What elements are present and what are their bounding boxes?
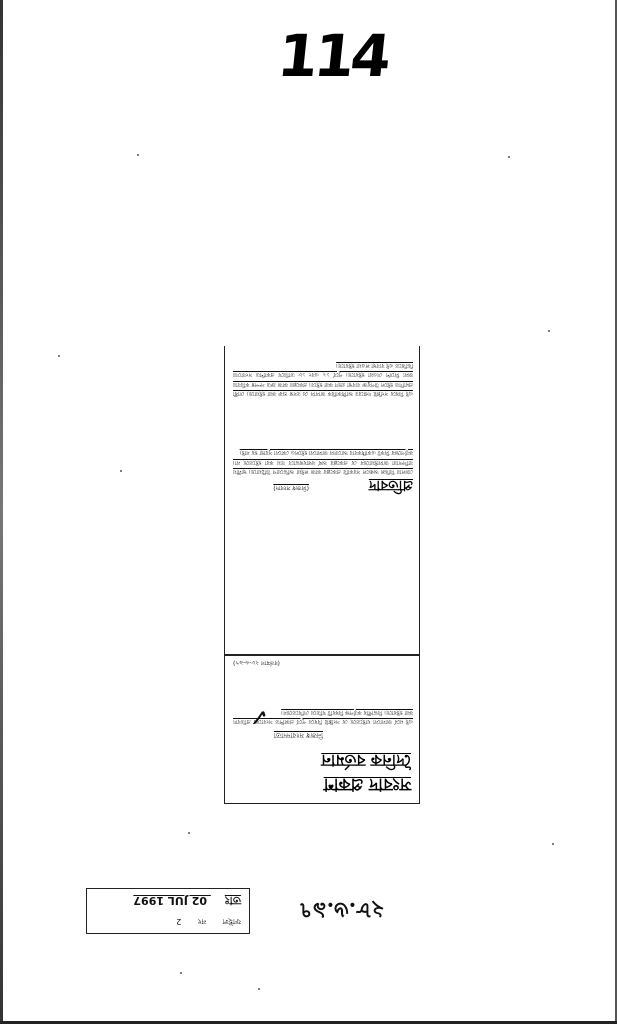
scan-speck <box>188 832 190 834</box>
stamp-file-label: ফাইল <box>223 917 241 926</box>
section-source: (নিজস্ব সংবাদ) <box>273 482 309 493</box>
dateline: (বর্তমান ২৮-৬-৯৭) <box>233 657 280 668</box>
stamp-date-label: তাং <box>225 894 241 907</box>
scan-speck <box>58 355 60 357</box>
scan-speck <box>402 760 404 762</box>
section-heading: প্রতিবাদ <box>369 473 413 497</box>
scan-speck <box>548 330 550 332</box>
clipping-rotated-content: সংবাদ প্রকাশ দৈনিক বর্তমান নিজস্ব সংবাদদ… <box>224 346 420 804</box>
handwritten-note: ২৮.৬.৯৭ <box>298 890 385 927</box>
folio-number: 114 <box>274 22 390 90</box>
stamp-number-label: নং <box>198 917 206 926</box>
newspaper-clipping: সংবাদ প্রকাশ দৈনিক বর্তমান নিজস্ব সংবাদদ… <box>224 346 420 804</box>
clipping-body-box: প্রতিবাদ (নিজস্ব সংবাদ) জেলার বিভিন্ন অঞ… <box>224 346 420 656</box>
byline: নিজস্ব সংবাদদাতা <box>274 729 323 741</box>
headline-line-2: দৈনিক বর্তমান <box>321 746 411 773</box>
scan-speck <box>180 972 182 974</box>
stamp-number-value: 2 <box>176 917 181 926</box>
stamp-file-row: ফাইল নং 2 <box>176 914 241 927</box>
page-edge-left <box>0 0 3 1024</box>
receipt-stamp: ফাইল নং 2 তাং 02 JUL 1997 <box>86 888 250 934</box>
scan-speck <box>508 156 510 158</box>
scan-speck <box>258 988 260 990</box>
body-paragraph-1: জেলার বিভিন্ন অঞ্চলে সরকারি প্রকল্পের কা… <box>233 447 413 475</box>
stamp-date-row: তাং 02 JUL 1997 <box>133 890 241 909</box>
stamp-date-value: 02 JUL 1997 <box>133 894 207 907</box>
intro-paragraph: এই মর্মে জানানো যাইতেছে যে সংশ্লিষ্ট বিষ… <box>233 706 413 725</box>
body-paragraph-2: এই বিষয়ে সংশ্লিষ্ট দপ্তরের আধিকারিক জান… <box>233 359 413 397</box>
headline-line-1: সংবাদ প্রকাশ <box>324 769 411 797</box>
scan-speck <box>120 470 122 472</box>
scan-speck <box>137 154 139 156</box>
scan-speck <box>552 843 554 845</box>
clipping-header-box: সংবাদ প্রকাশ দৈনিক বর্তমান নিজস্ব সংবাদদ… <box>224 654 420 804</box>
scanned-page: 114 সংবাদ প্রকাশ দৈনিক বর্তমান নিজস্ব সং… <box>0 0 617 1024</box>
